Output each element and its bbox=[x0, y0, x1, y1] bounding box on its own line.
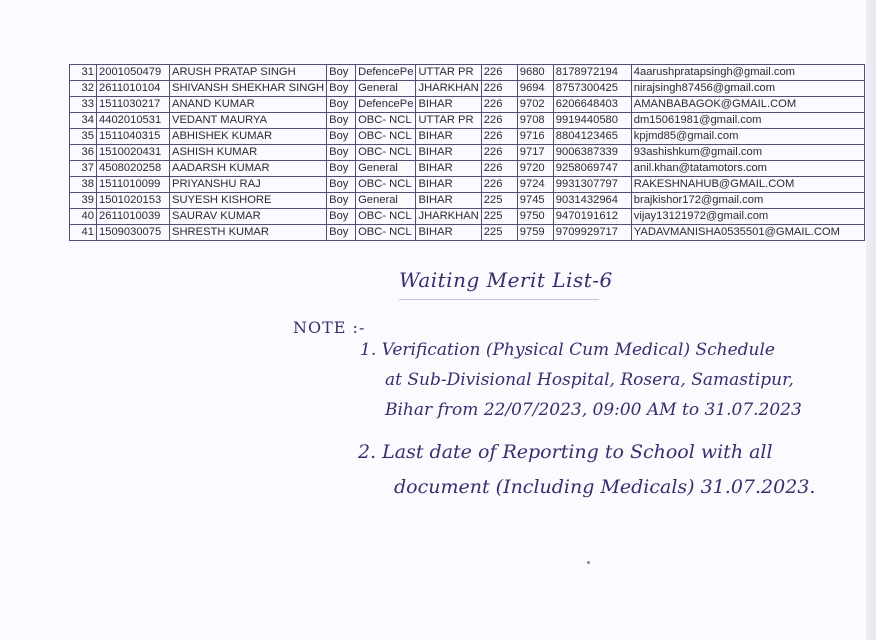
roll-number-cell: 1511030217 bbox=[97, 97, 170, 113]
marks-cell: 226 bbox=[481, 113, 517, 129]
serial-number-cell: 40 bbox=[70, 209, 97, 225]
state-cell: JHARKHAN bbox=[416, 209, 481, 225]
list-title: Waiting Merit List-6 bbox=[399, 268, 613, 292]
roll-number-cell: 1501020153 bbox=[97, 193, 170, 209]
category-cell: OBC- NCL bbox=[356, 177, 416, 193]
note-label: NOTE :- bbox=[293, 318, 365, 337]
mobile-cell: 8757300425 bbox=[553, 81, 631, 97]
email-cell: 93ashishkum@gmail.com bbox=[631, 145, 864, 161]
marks-cell: 226 bbox=[481, 97, 517, 113]
roll-number-cell: 1511040315 bbox=[97, 129, 170, 145]
candidate-name-cell: AADARSH KUMAR bbox=[170, 161, 327, 177]
mobile-cell: 6206648403 bbox=[553, 97, 631, 113]
marks-cell: 226 bbox=[481, 145, 517, 161]
scan-speck bbox=[587, 561, 590, 564]
mobile-cell: 9031432964 bbox=[553, 193, 631, 209]
gender-cell: Boy bbox=[327, 113, 356, 129]
category-cell: OBC- NCL bbox=[356, 129, 416, 145]
gender-cell: Boy bbox=[327, 81, 356, 97]
note-1-line-3: Bihar from 22/07/2023, 09:00 AM to 31.07… bbox=[385, 400, 802, 420]
state-cell: BIHAR bbox=[416, 225, 481, 241]
candidate-name-cell: ASHISH KUMAR bbox=[170, 145, 327, 161]
gender-cell: Boy bbox=[327, 177, 356, 193]
table-row: 344402010531VEDANT MAURYABoyOBC- NCLUTTA… bbox=[70, 113, 865, 129]
state-cell: BIHAR bbox=[416, 145, 481, 161]
mobile-cell: 9919440580 bbox=[553, 113, 631, 129]
gender-cell: Boy bbox=[327, 145, 356, 161]
email-cell: anil.khan@tatamotors.com bbox=[631, 161, 864, 177]
note-2-line-2: document (Including Medicals) 31.07.2023… bbox=[394, 476, 815, 498]
rank-cell: 9745 bbox=[517, 193, 553, 209]
table-row: 374508020258AADARSH KUMARBoyGeneralBIHAR… bbox=[70, 161, 865, 177]
email-cell: kpjmd85@gmail.com bbox=[631, 129, 864, 145]
roll-number-cell: 1510020431 bbox=[97, 145, 170, 161]
table-row: 391501020153SUYESH KISHOREBoyGeneralBIHA… bbox=[70, 193, 865, 209]
email-cell: RAKESHNAHUB@GMAIL.COM bbox=[631, 177, 864, 193]
email-cell: AMANBABAGOK@GMAIL.COM bbox=[631, 97, 864, 113]
marks-cell: 225 bbox=[481, 225, 517, 241]
mobile-cell: 8804123465 bbox=[553, 129, 631, 145]
serial-number-cell: 36 bbox=[70, 145, 97, 161]
email-cell: dm15061981@gmail.com bbox=[631, 113, 864, 129]
merit-list-table: 312001050479ARUSH PRATAP SINGHBoyDefence… bbox=[69, 64, 865, 241]
roll-number-cell: 2001050479 bbox=[97, 65, 170, 81]
category-cell: General bbox=[356, 81, 416, 97]
category-cell: DefencePe bbox=[356, 97, 416, 113]
table-row: 411509030075SHRESTH KUMARBoyOBC- NCLBIHA… bbox=[70, 225, 865, 241]
note-1-line-1: 1. Verification (Physical Cum Medical) S… bbox=[360, 340, 775, 360]
rank-cell: 9750 bbox=[517, 209, 553, 225]
email-cell: brajkishor172@gmail.com bbox=[631, 193, 864, 209]
table-row: 381511010099PRIYANSHU RAJBoyOBC- NCLBIHA… bbox=[70, 177, 865, 193]
candidate-name-cell: ANAND KUMAR bbox=[170, 97, 327, 113]
email-cell: YADAVMANISHA0535501@GMAIL.COM bbox=[631, 225, 864, 241]
gender-cell: Boy bbox=[327, 161, 356, 177]
candidate-name-cell: VEDANT MAURYA bbox=[170, 113, 327, 129]
marks-cell: 226 bbox=[481, 129, 517, 145]
mobile-cell: 9258069747 bbox=[553, 161, 631, 177]
marks-cell: 225 bbox=[481, 193, 517, 209]
email-cell: 4aarushpratapsingh@gmail.com bbox=[631, 65, 864, 81]
candidate-name-cell: SHRESTH KUMAR bbox=[170, 225, 327, 241]
page-edge bbox=[866, 0, 876, 640]
state-cell: JHARKHAN bbox=[416, 81, 481, 97]
rank-cell: 9720 bbox=[517, 161, 553, 177]
serial-number-cell: 37 bbox=[70, 161, 97, 177]
table-row: 351511040315ABHISHEK KUMARBoyOBC- NCLBIH… bbox=[70, 129, 865, 145]
gender-cell: Boy bbox=[327, 225, 356, 241]
rank-cell: 9717 bbox=[517, 145, 553, 161]
state-cell: BIHAR bbox=[416, 193, 481, 209]
state-cell: BIHAR bbox=[416, 177, 481, 193]
state-cell: UTTAR PR bbox=[416, 65, 481, 81]
state-cell: UTTAR PR bbox=[416, 113, 481, 129]
title-underline bbox=[399, 299, 599, 300]
roll-number-cell: 1511010099 bbox=[97, 177, 170, 193]
roll-number-cell: 2611010039 bbox=[97, 209, 170, 225]
candidate-name-cell: ABHISHEK KUMAR bbox=[170, 129, 327, 145]
merit-list-body: 312001050479ARUSH PRATAP SINGHBoyDefence… bbox=[70, 65, 865, 241]
roll-number-cell: 1509030075 bbox=[97, 225, 170, 241]
category-cell: General bbox=[356, 193, 416, 209]
category-cell: General bbox=[356, 161, 416, 177]
serial-number-cell: 35 bbox=[70, 129, 97, 145]
category-cell: OBC- NCL bbox=[356, 145, 416, 161]
candidate-name-cell: SHIVANSH SHEKHAR SINGH bbox=[170, 81, 327, 97]
mobile-cell: 8178972194 bbox=[553, 65, 631, 81]
marks-cell: 226 bbox=[481, 177, 517, 193]
serial-number-cell: 32 bbox=[70, 81, 97, 97]
rank-cell: 9702 bbox=[517, 97, 553, 113]
rank-cell: 9759 bbox=[517, 225, 553, 241]
table-row: 312001050479ARUSH PRATAP SINGHBoyDefence… bbox=[70, 65, 865, 81]
mobile-cell: 9931307797 bbox=[553, 177, 631, 193]
serial-number-cell: 34 bbox=[70, 113, 97, 129]
gender-cell: Boy bbox=[327, 209, 356, 225]
gender-cell: Boy bbox=[327, 129, 356, 145]
serial-number-cell: 39 bbox=[70, 193, 97, 209]
rank-cell: 9716 bbox=[517, 129, 553, 145]
marks-cell: 225 bbox=[481, 209, 517, 225]
marks-cell: 226 bbox=[481, 81, 517, 97]
serial-number-cell: 41 bbox=[70, 225, 97, 241]
table-row: 331511030217ANAND KUMARBoyDefencePeBIHAR… bbox=[70, 97, 865, 113]
serial-number-cell: 38 bbox=[70, 177, 97, 193]
serial-number-cell: 33 bbox=[70, 97, 97, 113]
rank-cell: 9694 bbox=[517, 81, 553, 97]
candidate-name-cell: PRIYANSHU RAJ bbox=[170, 177, 327, 193]
rank-cell: 9680 bbox=[517, 65, 553, 81]
roll-number-cell: 4508020258 bbox=[97, 161, 170, 177]
gender-cell: Boy bbox=[327, 193, 356, 209]
category-cell: OBC- NCL bbox=[356, 225, 416, 241]
roll-number-cell: 2611010104 bbox=[97, 81, 170, 97]
candidate-name-cell: SUYESH KISHORE bbox=[170, 193, 327, 209]
state-cell: BIHAR bbox=[416, 97, 481, 113]
rank-cell: 9724 bbox=[517, 177, 553, 193]
rank-cell: 9708 bbox=[517, 113, 553, 129]
serial-number-cell: 31 bbox=[70, 65, 97, 81]
state-cell: BIHAR bbox=[416, 161, 481, 177]
mobile-cell: 9470191612 bbox=[553, 209, 631, 225]
marks-cell: 226 bbox=[481, 161, 517, 177]
note-1-line-2: at Sub-Divisional Hospital, Rosera, Sama… bbox=[385, 370, 794, 390]
mobile-cell: 9709929717 bbox=[553, 225, 631, 241]
candidate-name-cell: ARUSH PRATAP SINGH bbox=[170, 65, 327, 81]
state-cell: BIHAR bbox=[416, 129, 481, 145]
mobile-cell: 9006387339 bbox=[553, 145, 631, 161]
gender-cell: Boy bbox=[327, 97, 356, 113]
roll-number-cell: 4402010531 bbox=[97, 113, 170, 129]
category-cell: DefencePe bbox=[356, 65, 416, 81]
email-cell: vijay13121972@gmail.com bbox=[631, 209, 864, 225]
category-cell: OBC- NCL bbox=[356, 209, 416, 225]
email-cell: nirajsingh87456@gmail.com bbox=[631, 81, 864, 97]
table-row: 322611010104SHIVANSH SHEKHAR SINGHBoyGen… bbox=[70, 81, 865, 97]
candidate-name-cell: SAURAV KUMAR bbox=[170, 209, 327, 225]
note-2-line-1: 2. Last date of Reporting to School with… bbox=[358, 441, 773, 463]
table-row: 361510020431ASHISH KUMARBoyOBC- NCLBIHAR… bbox=[70, 145, 865, 161]
gender-cell: Boy bbox=[327, 65, 356, 81]
category-cell: OBC- NCL bbox=[356, 113, 416, 129]
table-row: 402611010039SAURAV KUMARBoyOBC- NCLJHARK… bbox=[70, 209, 865, 225]
marks-cell: 226 bbox=[481, 65, 517, 81]
